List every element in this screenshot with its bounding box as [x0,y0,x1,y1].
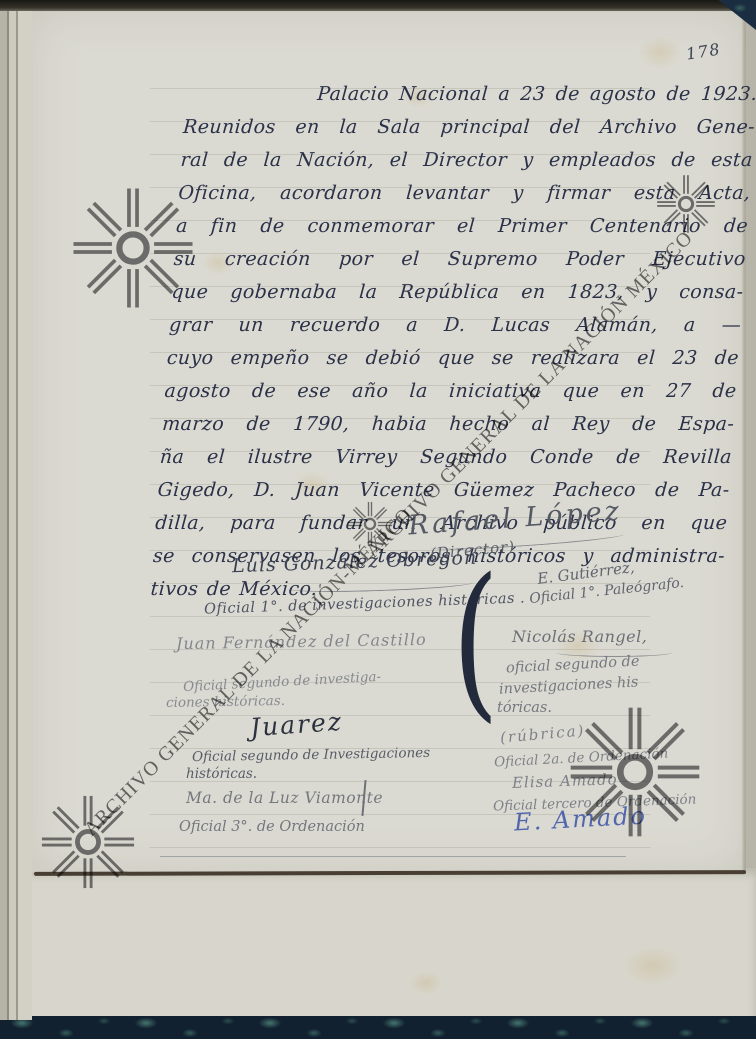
manuscript-line: cuyo empeño se debió que se realizara el… [166,342,740,375]
signature-title-juarez: históricas. [186,766,257,782]
agn-star-watermark-icon [656,174,716,238]
signature-luz-viamonte: Ma. de la Luz Viamonte [186,789,383,807]
signature-title-rangel: tóricas. [497,700,552,716]
manuscript-line: Reunidos en la Sala principal del Archiv… [182,111,756,144]
archival-photograph: 178 Palacio Nacional a 23 de agosto de 1… [0,0,756,1039]
paper-stain [610,938,696,994]
paper-stain [402,966,450,1000]
agn-sun-watermark-icon [71,186,195,314]
book-top-edge [0,0,756,11]
manuscript-line: marzo de 1790, habia hecho al Rey de Esp… [161,408,735,441]
signature-nicolas-rangel: Nicolás Rangel, [512,627,647,646]
manuscript-line: grar un recuerdo a D. Lucas Alamán, a — [168,309,742,342]
manuscript-line: Palacio Nacional a 23 de agosto de 1923. [316,78,756,111]
agn-sun-watermark-icon [568,705,702,843]
marbled-cover [0,1016,756,1039]
large-parenthesis-mark: ( [452,556,499,724]
paper-stain [630,30,690,76]
signature-title-viamonte: Oficial 3°. de Ordenación [179,819,365,835]
faint-rule-line [160,856,626,857]
manuscript-line: ral de la Nación, el Director y empleado… [180,144,754,177]
manuscript-line: agosto de ese año la iniciativa que en 2… [163,375,737,408]
book-page-edges [0,8,32,1020]
